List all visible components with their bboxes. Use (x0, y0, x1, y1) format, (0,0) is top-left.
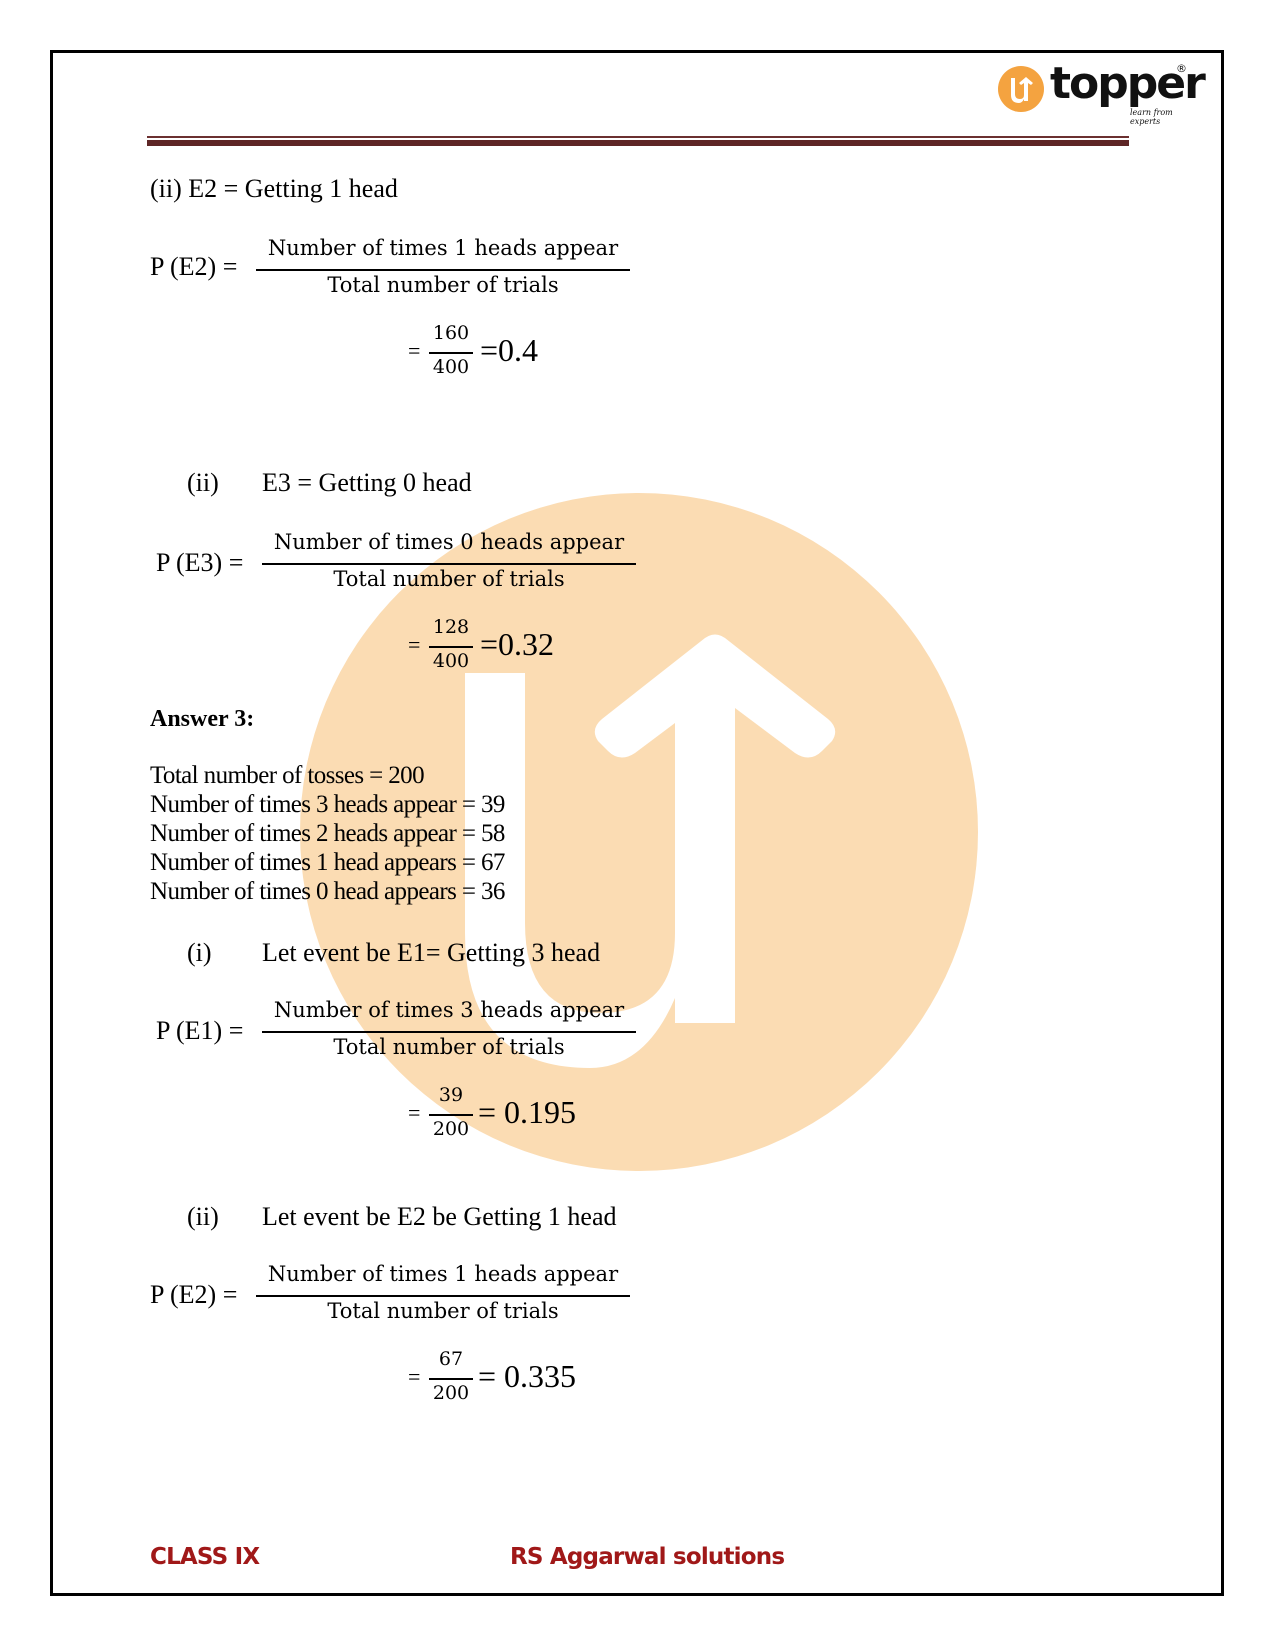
part-i-calc-denominator: 200 (429, 1118, 473, 1140)
part-ii-numerator: Number of times 1 heads appear (256, 1262, 630, 1286)
section2-formula-label: P (E3) = (156, 548, 243, 578)
section1-formula-label: P (E2) = (150, 252, 237, 282)
section1-denominator: Total number of trials (256, 273, 630, 297)
section2-numerator: Number of times 0 heads appear (262, 530, 636, 554)
part-i-heading: Let event be E1= Getting 3 head (262, 938, 600, 968)
part-ii-calc-eq: = (408, 1364, 420, 1390)
part-ii-formula-label: P (E2) = (150, 1280, 237, 1310)
fraction-bar (429, 1378, 473, 1380)
part-i-denominator: Total number of trials (262, 1035, 636, 1059)
section2-heading: E3 = Getting 0 head (262, 468, 472, 498)
footer-book-title: RS Aggarwal solutions (510, 1544, 784, 1570)
given-line: Total number of tosses = 200 (150, 762, 424, 790)
fraction-bar (429, 352, 473, 354)
section1-calc-eq: = (408, 338, 420, 364)
section2-marker: (ii) (187, 468, 219, 498)
fraction-bar (262, 1031, 636, 1033)
fraction-bar (256, 1295, 630, 1297)
part-ii-calc-result: = 0.335 (478, 1358, 576, 1395)
part-i-calc-result: = 0.195 (478, 1094, 576, 1131)
footer-class-label: CLASS IX (150, 1544, 259, 1570)
header-rule-thick (147, 140, 1129, 146)
fraction-bar (256, 269, 630, 271)
answer3-title: Answer 3: (150, 706, 254, 733)
part-ii-marker: (ii) (187, 1202, 219, 1232)
part-ii-denominator: Total number of trials (256, 1299, 630, 1323)
section1-heading: (ii) E2 = Getting 1 head (150, 174, 398, 204)
part-i-calc-numerator: 39 (429, 1084, 473, 1106)
part-i-marker: (i) (187, 938, 212, 968)
section2-calc-denominator: 400 (429, 650, 473, 672)
part-i-numerator: Number of times 3 heads appear (262, 998, 636, 1022)
part-ii-calc-numerator: 67 (429, 1348, 473, 1370)
fraction-bar (262, 563, 636, 565)
part-i-calc-eq: = (408, 1100, 420, 1126)
topper-logo: topper ® learn from experts (998, 64, 1198, 124)
given-line: Number of times 1 head appears = 67 (150, 849, 505, 877)
section2-denominator: Total number of trials (262, 567, 636, 591)
section1-numerator: Number of times 1 heads appear (256, 236, 630, 260)
logo-u-arrow-icon (998, 66, 1044, 112)
header-rule-thin (147, 136, 1129, 138)
section1-calc-denominator: 400 (429, 356, 473, 378)
given-line: Number of times 2 heads appear = 58 (150, 820, 505, 848)
section2-calc-eq: = (408, 632, 420, 658)
logo-tagline: learn from experts (1130, 108, 1198, 126)
given-line: Number of times 3 heads appear = 39 (150, 791, 505, 819)
part-ii-heading: Let event be E2 be Getting 1 head (262, 1202, 616, 1232)
given-line: Number of times 0 head appears = 36 (150, 878, 505, 906)
fraction-bar (429, 1114, 473, 1116)
section1-calc-result: =0.4 (480, 332, 538, 369)
section2-calc-result: =0.32 (480, 626, 554, 663)
section1-calc-numerator: 160 (429, 322, 473, 344)
section2-calc-numerator: 128 (429, 616, 473, 638)
registered-mark: ® (1176, 62, 1187, 75)
part-i-formula-label: P (E1) = (156, 1016, 243, 1046)
part-ii-calc-denominator: 200 (429, 1382, 473, 1404)
fraction-bar (429, 646, 473, 648)
